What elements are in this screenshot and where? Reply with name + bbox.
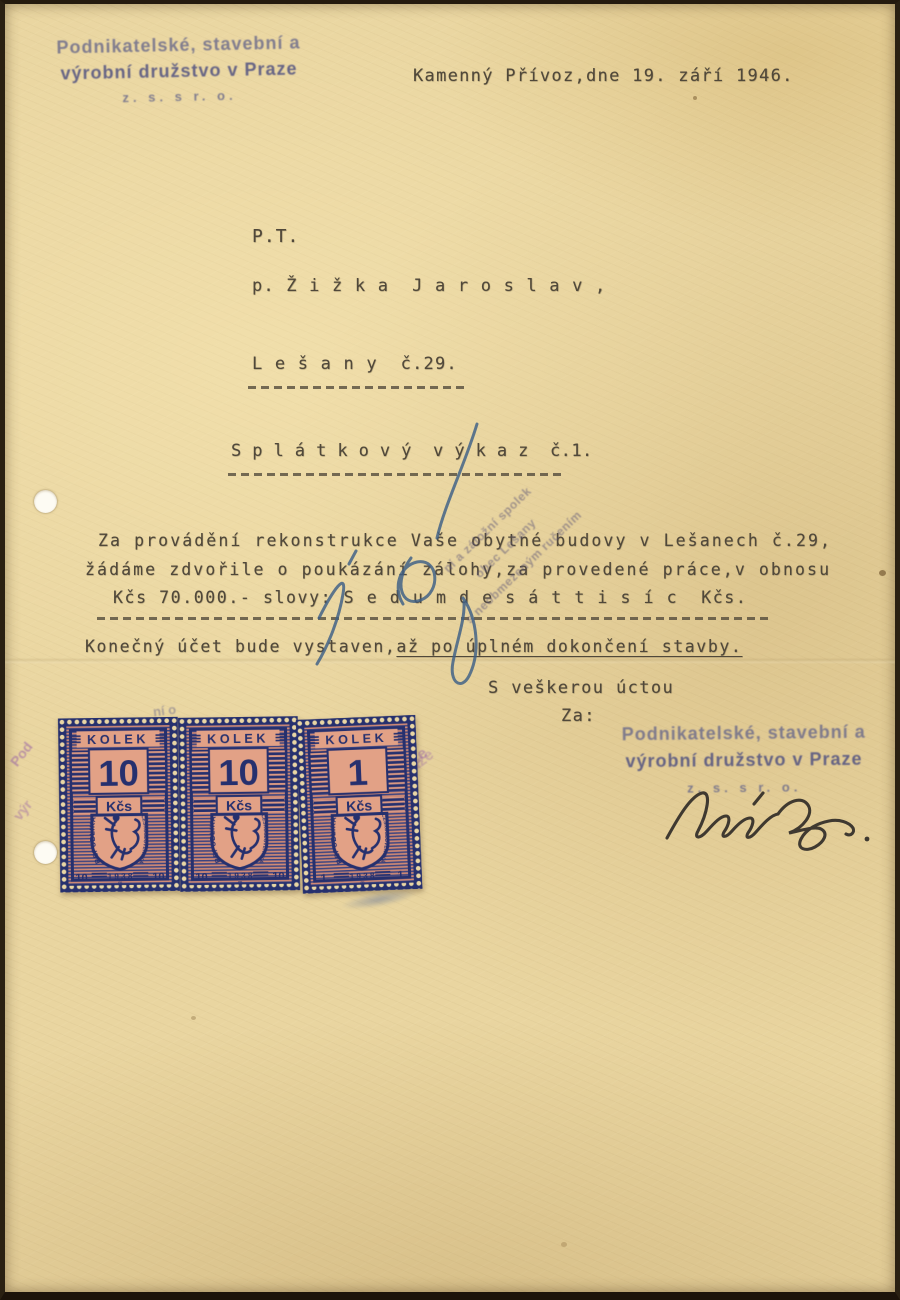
stamp-header-kolek: KOLEK bbox=[325, 731, 387, 748]
paper-speck bbox=[191, 1016, 196, 1020]
corner-company-stamp: Podnikatelské, stavební a výrobní družst… bbox=[28, 29, 330, 113]
revenue-stamp-10kcs-1: KOLEK 10 Kčs REPUBLIKA ČESKOSLOVENSKÁ bbox=[58, 717, 180, 893]
pen-scrawl bbox=[287, 412, 547, 712]
stamp-mint-mark: m bbox=[118, 881, 122, 887]
stamp-value-bottom-left: 10 bbox=[75, 872, 88, 884]
stamp-value-bottom-right: 1 bbox=[397, 869, 404, 881]
punch-hole-top bbox=[34, 490, 57, 513]
recipient-address: L e š a n y č.29. bbox=[252, 354, 458, 374]
paper-speck bbox=[693, 96, 697, 100]
dateline: Kamenný Přívoz,dne 19. září 1946. bbox=[413, 66, 794, 86]
stamp-value-large: 1 bbox=[347, 752, 369, 794]
paper-speck bbox=[879, 570, 886, 576]
revenue-stamp-10kcs-2: KOLEK 10 Kčs REPUBLIKA ČESKOSLOVENSKÁ bbox=[178, 716, 300, 892]
closing-za: Za: bbox=[561, 706, 596, 726]
address-underline bbox=[248, 386, 466, 389]
stamp-currency: Kčs bbox=[106, 799, 132, 815]
stamp-value-large: 10 bbox=[218, 752, 259, 794]
stamp-mint-mark: m bbox=[360, 880, 364, 886]
stamp-value-large: 10 bbox=[98, 752, 139, 794]
stamp-mint-mark: m bbox=[238, 880, 242, 886]
stamp-value-bottom-left: 10 bbox=[195, 871, 208, 883]
stamp-value-bottom-right: 10 bbox=[272, 870, 285, 882]
revenue-stamp-strip: KOLEK 10 Kčs REPUBLIKA ČESKOSLOVENSKÁ bbox=[58, 713, 420, 892]
company-stamp-line2: výrobní družstvo v Praze bbox=[601, 746, 887, 776]
recipient-name: p. Ž i ž k a J a r o s l a v , bbox=[252, 276, 606, 296]
stamp-header-kolek: KOLEK bbox=[207, 731, 269, 746]
stamp-value-bottom-right: 10 bbox=[152, 871, 165, 883]
salutation: P.T. bbox=[252, 226, 299, 247]
stamp-fragment-pod: Pod bbox=[7, 739, 36, 770]
scanned-letter: Podnikatelské, stavební a výrobní družst… bbox=[0, 0, 900, 1300]
punch-hole-bottom bbox=[34, 841, 57, 864]
stamp-value-bottom-left: 1 bbox=[320, 873, 327, 885]
handwritten-signature bbox=[657, 776, 892, 854]
stamp-fragment-vyr: výr bbox=[10, 797, 36, 823]
paper-speck bbox=[561, 1242, 567, 1247]
company-stamp-line1: Podnikatelské, stavební a bbox=[601, 719, 887, 749]
stamp-currency: Kčs bbox=[226, 798, 252, 814]
revenue-stamp-1kcs: KOLEK 1 Kčs REPUBLIKA ČESKOSLOVENSKÁ bbox=[296, 715, 423, 894]
stamp-header-kolek: KOLEK bbox=[87, 732, 149, 747]
